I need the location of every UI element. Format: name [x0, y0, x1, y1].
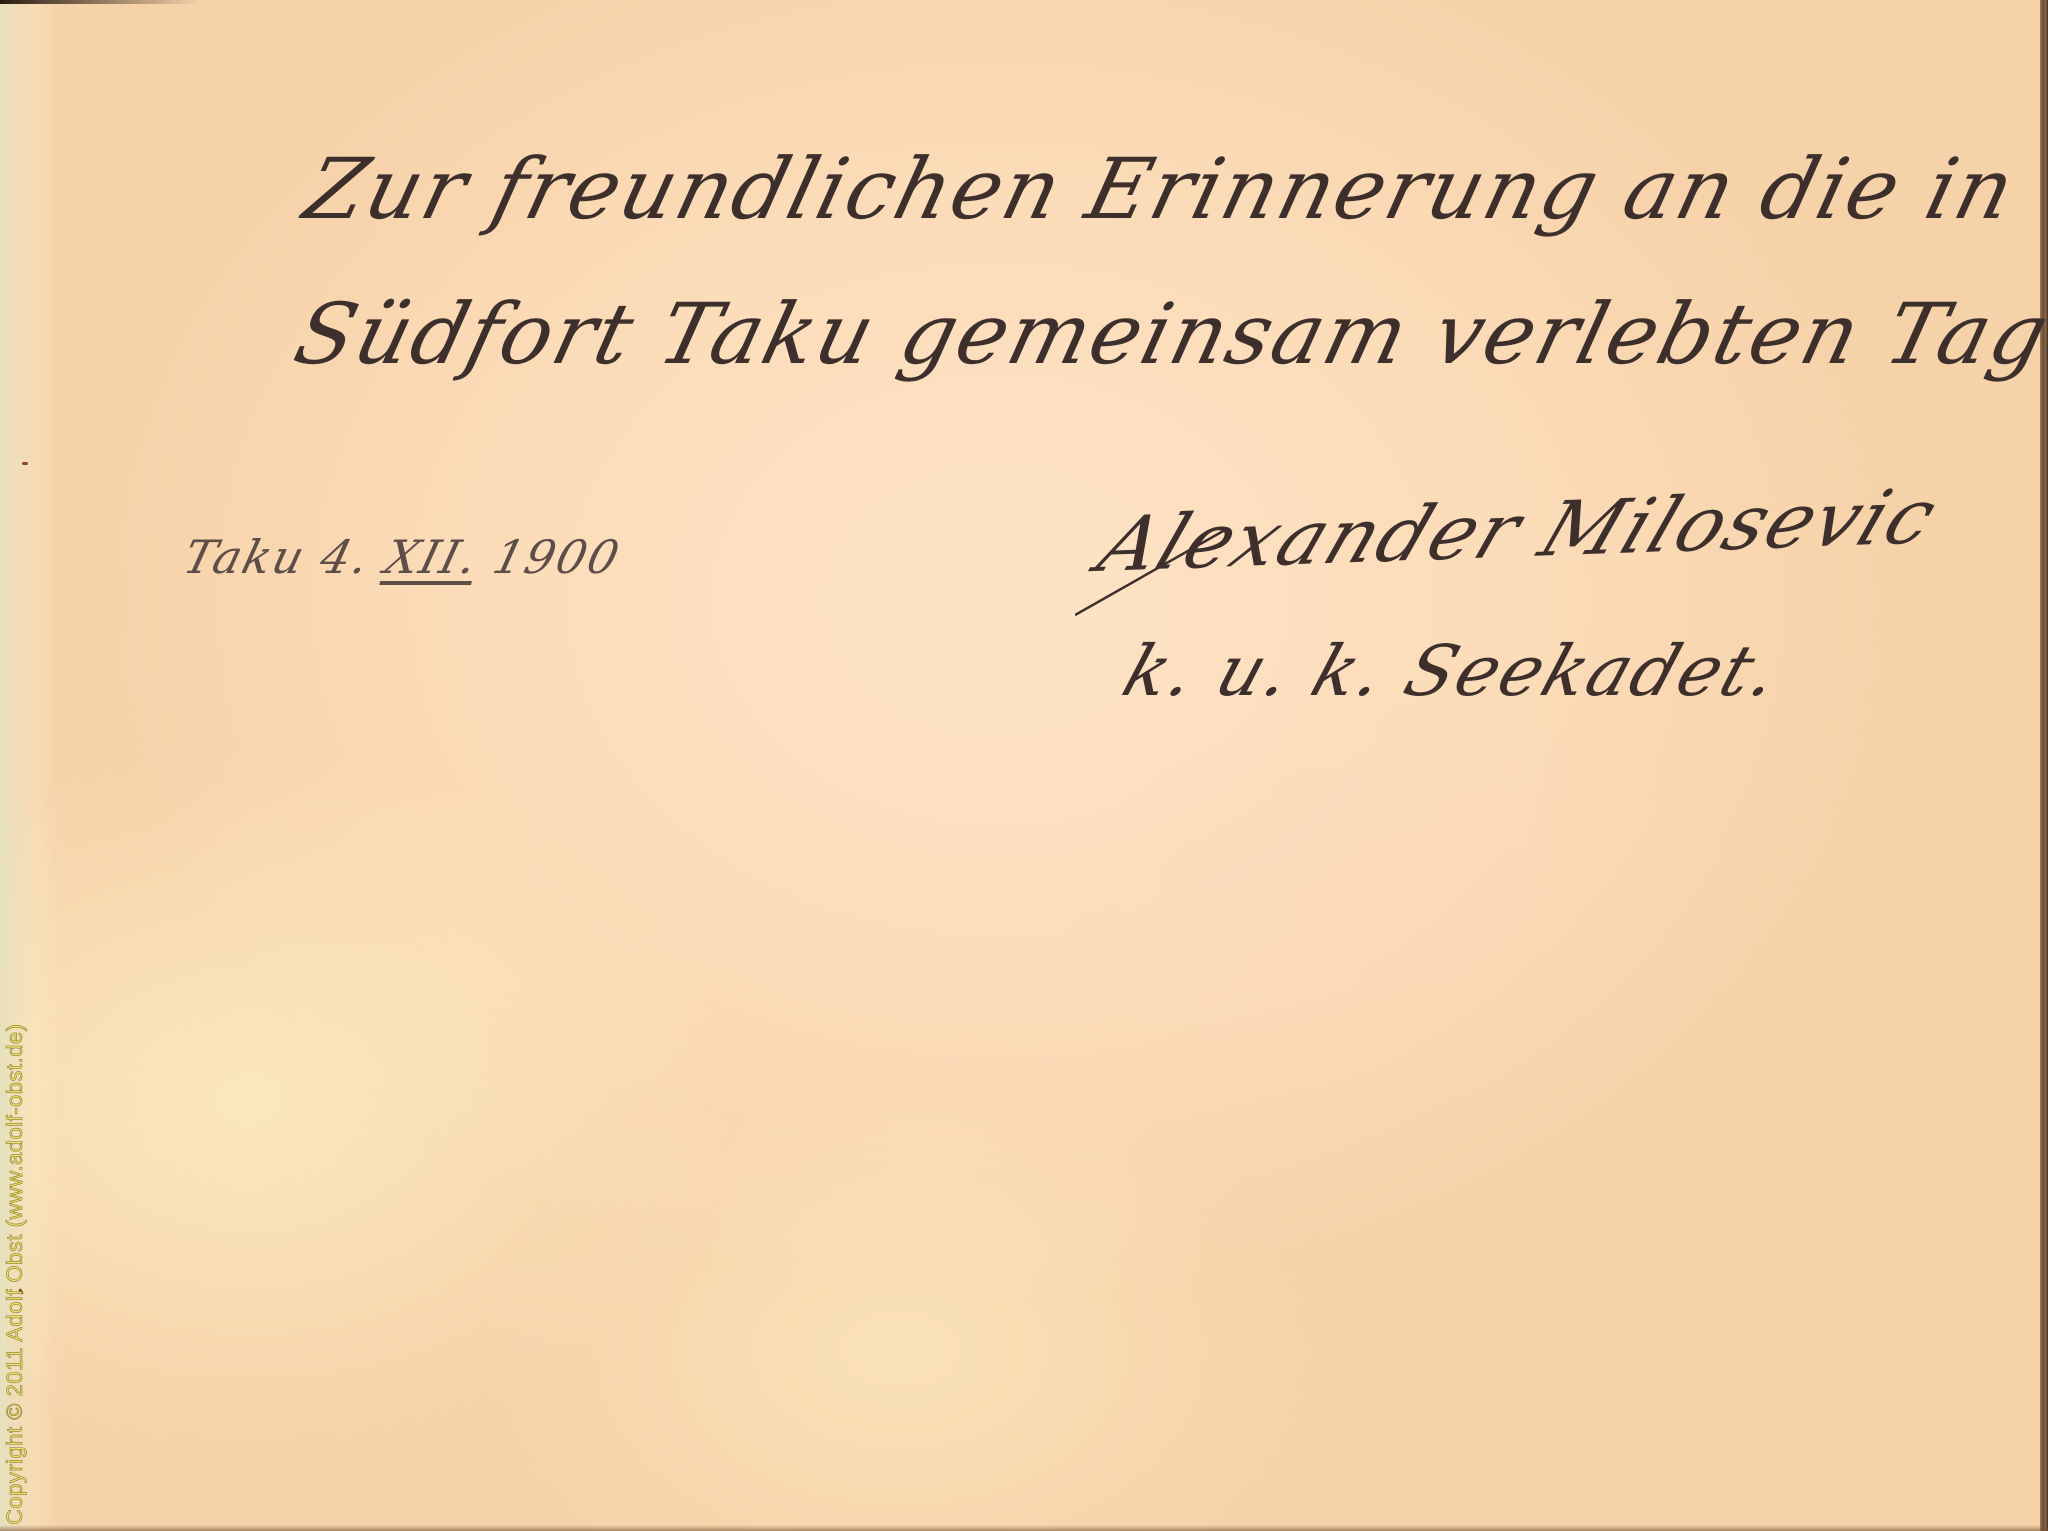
page-bottom-edge — [0, 1525, 2048, 1531]
signature-rank: k. u. k. Seekadet. — [1113, 630, 1791, 712]
page-right-edge — [2040, 0, 2048, 1531]
date-line: Taku 4. XII. 1900 — [178, 530, 626, 584]
page-top-shadow — [0, 0, 200, 4]
dedication-line-1: Zur freundlichen Erinnerung an die in — [296, 140, 2026, 238]
date-day: 4. — [315, 530, 376, 584]
copyright-watermark: Copyright © 2011 Adolf Obst (www.adolf-o… — [2, 1023, 28, 1525]
signature-name: Alexander Milosevic — [1087, 471, 1950, 589]
date-place: Taku — [178, 530, 312, 584]
date-month: XII. — [379, 530, 484, 584]
paper-speck — [22, 462, 28, 465]
date-year: 1900 — [488, 530, 627, 584]
album-page: Zur freundlichen Erinnerung an die in Sü… — [0, 0, 2048, 1531]
dedication-line-2: Südfort Taku gemeinsam verlebten Tage. — [286, 285, 2048, 383]
